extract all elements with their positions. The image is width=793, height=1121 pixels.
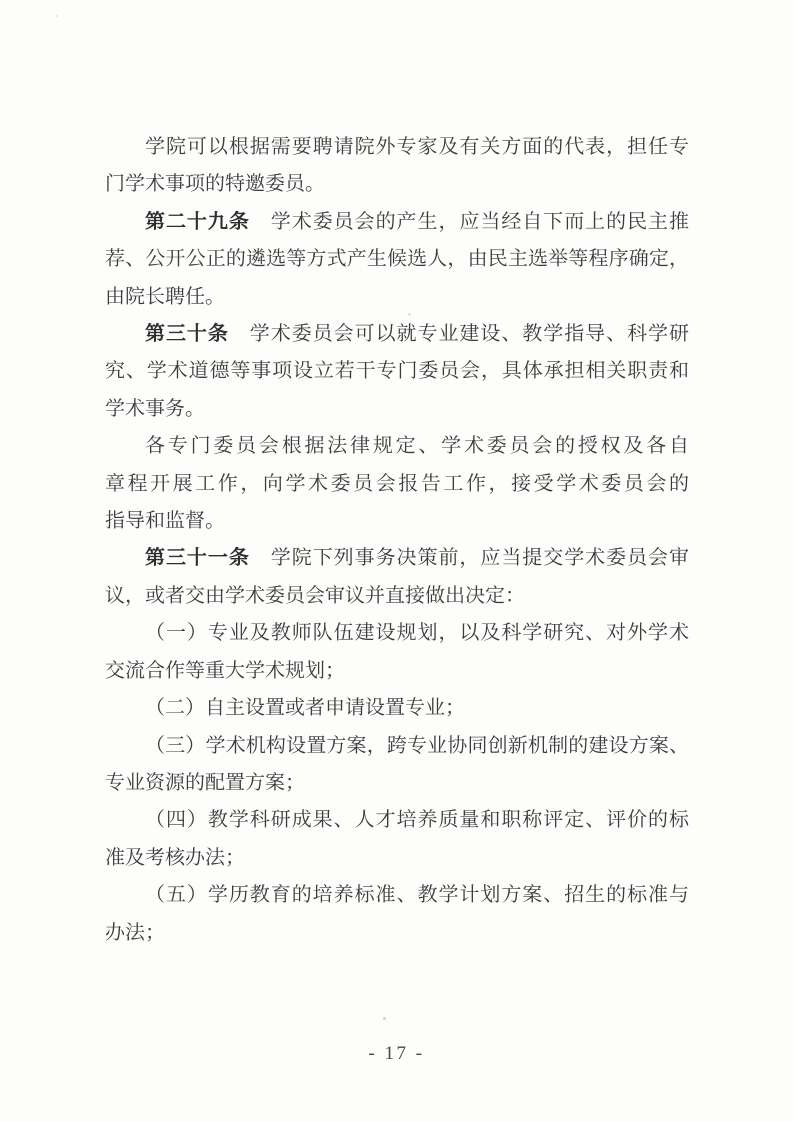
page-number: - 17 -	[0, 1043, 793, 1065]
text-line: 学院可以根据需要聘请院外专家及有关方面的代表，担任专	[105, 129, 689, 166]
article-text: 学术委员会可以就专业建设、教学指导、科学研	[229, 323, 689, 345]
text-line: 办法；	[105, 915, 689, 952]
text-line: 各专门委员会根据法律规定、学术委员会的授权及各自	[105, 428, 689, 465]
text-line: 究、学术道德等事项设立若干专门委员会，具体承担相关职责和	[105, 353, 689, 390]
text-line: （三）学术机构设置方案，跨专业协同创新机制的建设方案、	[105, 728, 689, 765]
text-line: 指导和监督。	[105, 503, 689, 540]
text-line: 由院长聘任。	[105, 279, 689, 316]
scan-speck	[55, 15, 58, 17]
text-line: 交流合作等重大学术规划；	[105, 653, 689, 690]
article-number: 第三十条	[145, 323, 229, 345]
text-line: （二）自主设置或者申请设置专业；	[105, 690, 689, 727]
text-line: （一）专业及教师队伍建设规划，以及科学研究、对外学术	[105, 615, 689, 652]
scan-speck	[408, 313, 411, 316]
text-line: 第三十条 学术委员会可以就专业建设、教学指导、科学研	[105, 316, 689, 353]
scan-speck	[383, 1017, 386, 1020]
text-line: （五）学历教育的培养标准、教学计划方案、招生的标准与	[105, 877, 689, 914]
article-number: 第二十九条	[145, 211, 250, 233]
article-number: 第三十一条	[145, 547, 250, 569]
document-body: 学院可以根据需要聘请院外专家及有关方面的代表，担任专 门学术事项的特邀委员。 第…	[105, 129, 689, 952]
text-line: 荐、公开公正的遴选等方式产生候选人，由民主选举等程序确定，	[105, 241, 689, 278]
text-line: 议，或者交由学术委员会审议并直接做出决定：	[105, 578, 689, 615]
text-line: 第二十九条 学术委员会的产生，应当经自下而上的民主推	[105, 204, 689, 241]
text-line: 准及考核办法；	[105, 840, 689, 877]
text-line: 门学术事项的特邀委员。	[105, 166, 689, 203]
text-line: 学术事务。	[105, 391, 689, 428]
scanned-document-page: 学院可以根据需要聘请院外专家及有关方面的代表，担任专 门学术事项的特邀委员。 第…	[0, 0, 793, 1121]
article-text: 学院下列事务决策前，应当提交学术委员会审	[250, 547, 689, 569]
text-line: （四）教学科研成果、人才培养质量和职称评定、评价的标	[105, 802, 689, 839]
text-line: 专业资源的配置方案；	[105, 765, 689, 802]
article-text: 学术委员会的产生，应当经自下而上的民主推	[250, 211, 689, 233]
text-line: 章程开展工作，向学术委员会报告工作，接受学术委员会的	[105, 466, 689, 503]
text-line: 第三十一条 学院下列事务决策前，应当提交学术委员会审	[105, 540, 689, 577]
